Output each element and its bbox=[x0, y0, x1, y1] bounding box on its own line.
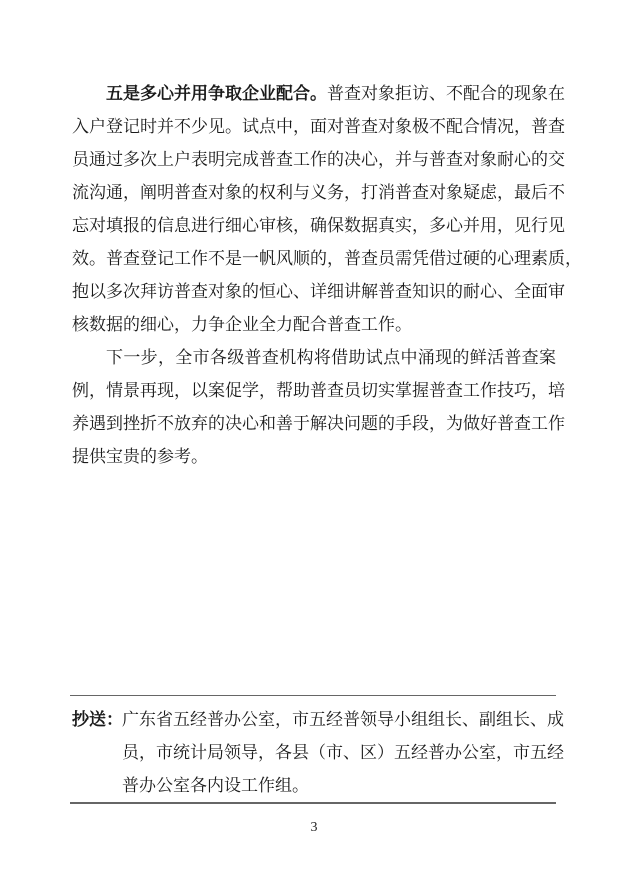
paragraph-1-heading: 五是多心并用争取企业配合。 bbox=[106, 84, 327, 104]
cc-label: 抄送： bbox=[72, 704, 123, 737]
cc-line-2: 员，市统计局领导，各县（市、区）五经普办公室，市五经 bbox=[122, 737, 556, 770]
cc-bottom-divider bbox=[70, 802, 556, 804]
cc-line-1: 广东省五经普办公室，市五经普领导小组组长、副组长、成 bbox=[122, 704, 556, 737]
paragraph-1-line-1: 五是多心并用争取企业配合。普查对象拒访、不配合的现象在 bbox=[106, 78, 556, 111]
paragraph-2-line-2: 例，情景再现，以案促学，帮助普查员切实掌握普查工作技巧，培 bbox=[72, 375, 556, 408]
paragraph-1-line-3: 员通过多次上户表明完成普查工作的决心，并与普查对象耐心的交 bbox=[72, 144, 556, 177]
paragraph-2-line-4: 提供宝贵的参考。 bbox=[72, 441, 556, 474]
paragraph-1-line-2: 入户登记时并不少见。试点中，面对普查对象极不配合情况，普查 bbox=[72, 111, 556, 144]
cc-top-divider bbox=[70, 695, 556, 696]
paragraph-1-line-6: 效。普查登记工作不是一帆风顺的，普查员需凭借过硬的心理素质， bbox=[72, 243, 556, 276]
paragraph-1-line-8: 核数据的细心，力争企业全力配合普查工作。 bbox=[72, 309, 556, 342]
page-number: 3 bbox=[0, 820, 628, 836]
paragraph-1-line-4: 流沟通，阐明普查对象的权利与义务，打消普查对象疑虑，最后不 bbox=[72, 177, 556, 210]
paragraph-2-line-1: 下一步，全市各级普查机构将借助试点中涌现的鲜活普查案 bbox=[106, 342, 556, 375]
paragraph-1-line-5: 忘对填报的信息进行细心审核，确保数据真实，多心并用，见行见 bbox=[72, 210, 556, 243]
cc-line-3: 普办公室各内设工作组。 bbox=[122, 770, 556, 803]
paragraph-1-line-7: 抱以多次拜访普查对象的恒心、详细讲解普查知识的耐心、全面审 bbox=[72, 276, 556, 309]
paragraph-2-line-3: 养遇到挫折不放弃的决心和善于解决问题的手段，为做好普查工作 bbox=[72, 408, 556, 441]
